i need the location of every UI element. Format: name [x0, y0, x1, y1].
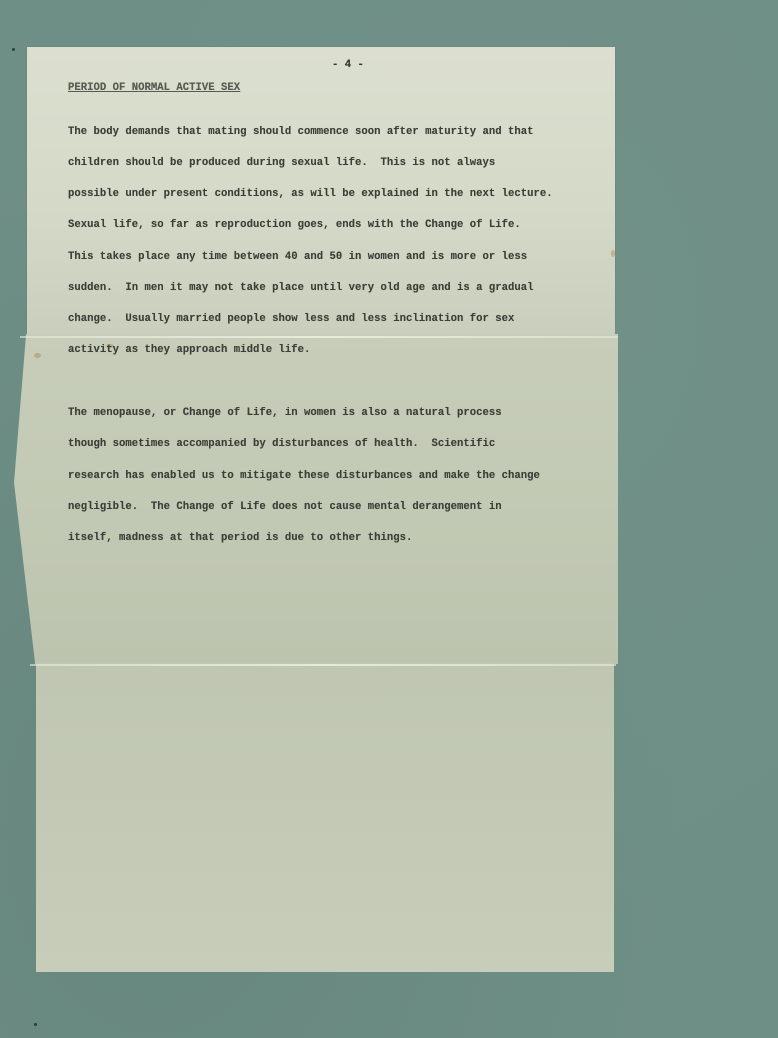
text-line: Sexual life, so far as reproduction goes…	[68, 220, 618, 230]
text-line: The menopause, or Change of Life, in wom…	[68, 408, 618, 418]
text-line: itself, madness at that period is due to…	[68, 533, 618, 543]
fold-crease	[30, 664, 616, 666]
page-number: - 4 -	[68, 60, 618, 70]
typewritten-page: - 4 - PERIOD OF NORMAL ACTIVE SEX The bo…	[68, 60, 618, 575]
text-line: children should be produced during sexua…	[68, 158, 618, 168]
text-line: change. Usually married people show less…	[68, 314, 618, 324]
text-line: activity as they approach middle life.	[68, 345, 618, 355]
text-line: The body demands that mating should comm…	[68, 127, 618, 137]
text-line: research has enabled us to mitigate thes…	[68, 471, 618, 481]
paper-stain	[34, 353, 41, 358]
text-line: sudden. In men it may not take place unt…	[68, 283, 618, 293]
scan-speck	[12, 48, 15, 51]
text-line: though sometimes accompanied by disturba…	[68, 439, 618, 449]
paper-bottom-panel	[36, 662, 614, 972]
section-heading: PERIOD OF NORMAL ACTIVE SEX	[68, 83, 618, 93]
text-line: This takes place any time between 40 and…	[68, 252, 618, 262]
paragraph-menopause: The menopause, or Change of Life, in wom…	[68, 387, 618, 564]
text-line: possible under present conditions, as wi…	[68, 189, 618, 199]
paragraph-active-sex: The body demands that mating should comm…	[68, 106, 618, 377]
text-line: negligible. The Change of Life does not …	[68, 502, 618, 512]
scan-speck	[34, 1023, 37, 1026]
